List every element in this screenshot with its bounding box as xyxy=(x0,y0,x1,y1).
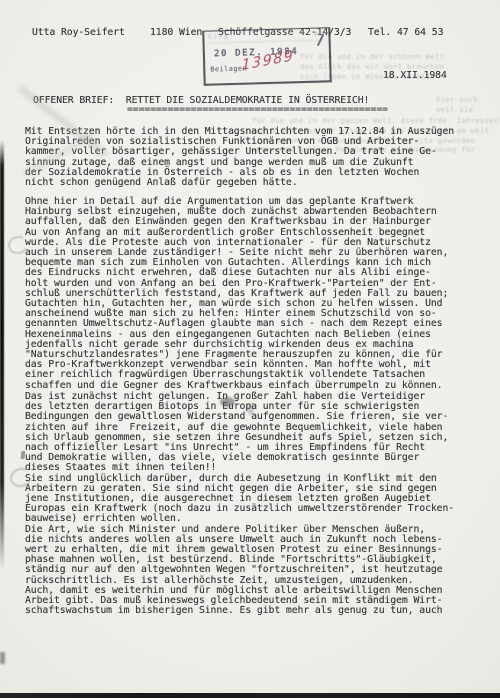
stamp-small-print-left: Eing. xyxy=(208,33,234,41)
scan-edge-bottom xyxy=(0,693,500,698)
scanned-letter-page: für die und in der schönen Welt das Glüc… xyxy=(0,0,500,698)
sender-phone: Tel. 47 64 53 xyxy=(368,28,443,38)
paragraph-2: Ohne hier in Detail auf die Argumentatio… xyxy=(25,197,448,391)
received-stamp: Eing. WK 20 DEZ. 1984 Beilagen 13989 xyxy=(202,27,331,86)
ink-smudge xyxy=(220,397,235,407)
sender-name: Utta Roy-Seifert xyxy=(32,28,125,38)
letter-date: 18.XII.1984 xyxy=(383,71,447,81)
title-underline: ========================================… xyxy=(127,105,388,115)
paragraph-3: Das ist zunächst nicht gelungen. In groß… xyxy=(25,392,454,616)
scan-edge-mark xyxy=(0,652,5,664)
bleedthrough-text: hier auch weil sie xyxy=(436,95,478,115)
ink-smudge xyxy=(247,403,254,415)
scan-edge-left xyxy=(0,140,4,570)
sender-city: 1180 Wien xyxy=(150,28,202,38)
stamp-small-print: Eing. WK xyxy=(208,30,324,43)
